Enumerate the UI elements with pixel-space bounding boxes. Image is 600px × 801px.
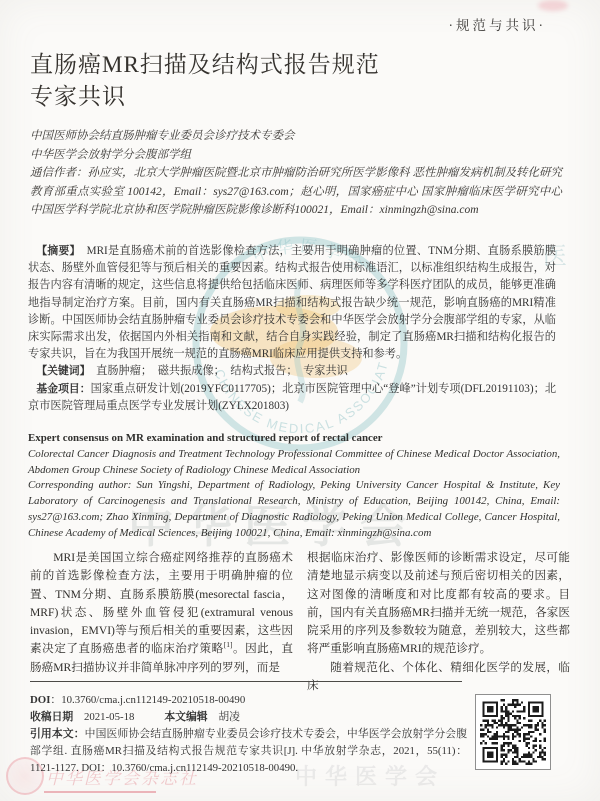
body-paragraph: 随着规范化、个体化、精细化医学的发展，临床 [307,659,570,696]
article-title-line1: 直肠癌MR扫描及结构式报告规范 [30,49,450,81]
english-title: Expert consensus on MR examination and s… [28,431,560,447]
abstract-label: 【摘要】 [36,245,75,257]
editor-value: 胡凌 [208,711,240,723]
citation-label: 引用本文： [30,728,85,740]
abstract-block: 【摘要】 MRI是直肠癌术前的首选影像检查方法，主要用于明确肿瘤的位置、TNM分… [28,243,556,415]
corresponding-authors: 通信作者：孙应实，北京大学肿瘤医院暨北京市肿瘤防治研究所医学影像科 恶性肿瘤发病… [30,164,562,220]
body-paragraph: 根据临床治疗、影像医师的诊断需求设定，尽可能清楚地显示病变以及前述与预后密切相关… [307,549,570,659]
keywords-text: 直肠肿瘤； 磁共振成像； 结构式报告； 专家共识 [85,365,348,377]
publisher-stamp-underline [44,791,156,793]
citation-text: 中国医师协会结直肠肿瘤专业委员会诊疗技术专委会，中华医学会放射学分会腹部学组. … [30,728,467,774]
funding-label: 基金项目： [36,383,90,395]
qr-code [475,694,551,770]
english-block: Expert consensus on MR examination and s… [28,431,560,542]
footnote-divider [30,681,462,682]
funding-text: 国家重点研发计划(2019YFC0117705)；北京市医院管理中心“登峰”计划… [28,383,556,412]
doi-line: DOI：10.3760/cma.j.cn112149-20210518-0049… [30,692,467,709]
editor-label: 本文编辑 [164,711,207,723]
keywords-label: 【关键词】 [36,365,85,377]
funding-line: 基金项目：国家重点研发计划(2019YFC0117705)；北京市医院管理中心“… [28,381,556,415]
body-paragraph: MRI是美国国立综合癌症网络推荐的直肠癌术前的首选影像检查方法，主要用于明确肿瘤… [30,549,293,677]
citation: 引用本文：中国医师协会结直肠肿瘤专业委员会诊疗技术专委会，中华医学会放射学分会腹… [30,726,467,777]
journal-section-label: ·规范与共识· [449,14,547,34]
affiliation-line: 中华医学会放射学分会腹部学组 [30,146,562,165]
abstract-text: MRI是直肠癌术前的首选影像检查方法，主要用于明确肿瘤的位置、TNM分期、直肠系… [28,245,556,360]
doi-value: ：10.3760/cma.j.cn112149-20210518-00490 [50,694,245,706]
qr-code-pattern [480,699,546,765]
english-committee: Colorectal Cancer Diagnosis and Treatmen… [28,447,560,479]
english-corresponding: Corresponding author: Sun Yingshi, Depar… [28,478,560,541]
article-title: 直肠癌MR扫描及结构式报告规范 专家共识 [30,49,450,113]
scan-pink-smudge [538,0,568,11]
keywords-line: 【关键词】 直肠肿瘤； 磁共振成像； 结构式报告； 专家共识 [28,363,556,380]
footer-block: DOI：10.3760/cma.j.cn112149-20210518-0049… [30,692,467,777]
affiliations-block: 中国医师协会结直肠肿瘤专业委员会诊疗技术专委会 中华医学会放射学分会腹部学组 通… [30,127,562,220]
received-label: 收稿日期 [30,711,73,723]
article-title-line2: 专家共识 [30,81,450,113]
received-line: 收稿日期 2021-05-18本文编辑 胡凌 [30,709,467,726]
affiliation-line: 中国医师协会结直肠肿瘤专业委员会诊疗技术专委会 [30,127,562,146]
doi-label: DOI [30,694,50,706]
body-column-right: 根据临床治疗、影像医师的诊断需求设定，尽可能清楚地显示病变以及前述与预后密切相关… [307,549,570,695]
abstract-paragraph: 【摘要】 MRI是直肠癌术前的首选影像检查方法，主要用于明确肿瘤的位置、TNM分… [28,243,556,363]
scanned-journal-page: 中华医学会 CHINESE MEDICAL ASSOCIATION 医 中华医学… [0,0,600,801]
body-column-left: MRI是美国国立综合癌症网络推荐的直肠癌术前的首选影像检查方法，主要用于明确肿瘤… [30,549,293,677]
body-text: MRI是美国国立综合癌症网络推荐的直肠癌术前的首选影像检查方法，主要用于明确肿瘤… [30,551,293,655]
received-value: 2021-05-18 [73,711,134,723]
